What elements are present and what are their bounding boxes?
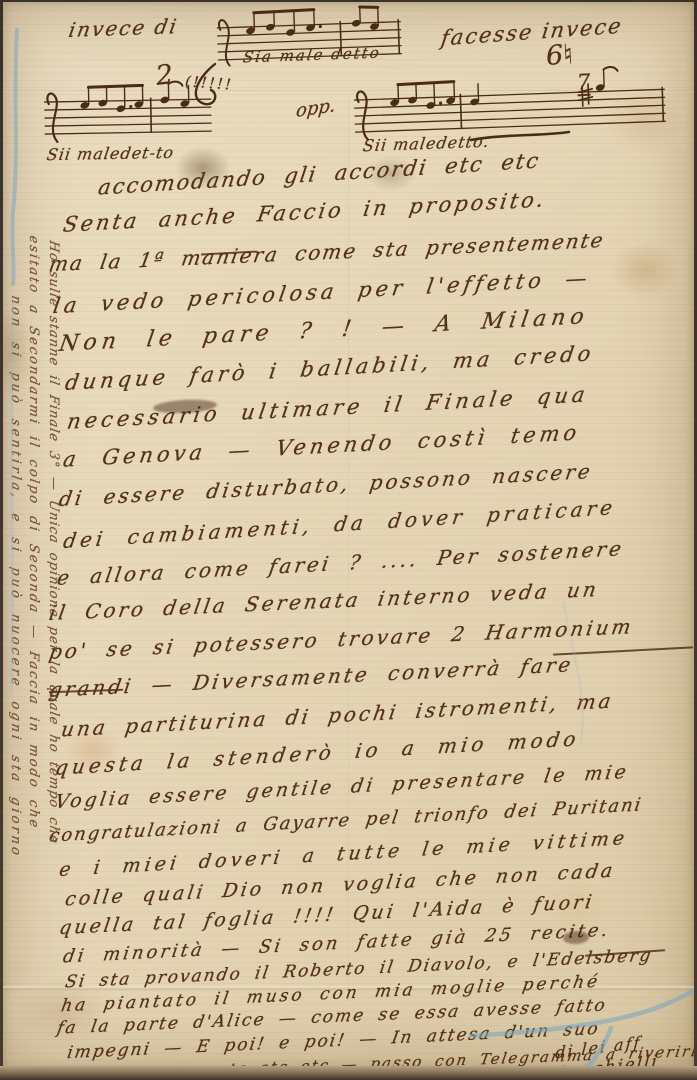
blue-pencil-marks bbox=[3, 2, 694, 1068]
photo-bottom-edge bbox=[0, 1066, 697, 1080]
letter-paper: invece di facesse invece Sia male detto … bbox=[3, 2, 694, 1068]
letter-photograph: invece di facesse invece Sia male detto … bbox=[0, 0, 697, 1080]
